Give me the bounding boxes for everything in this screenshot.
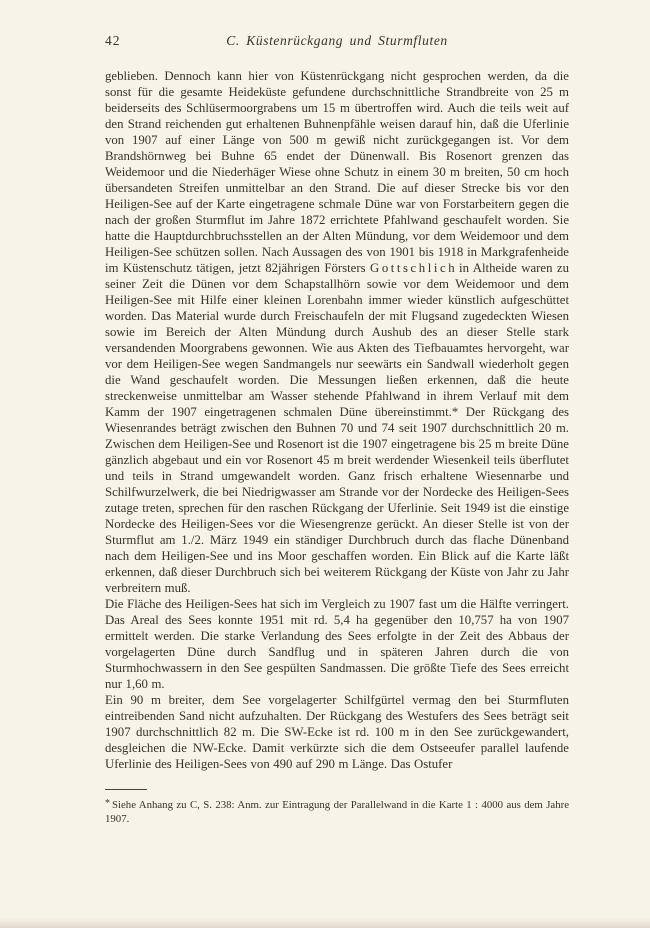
running-head: 42 C. Küstenrückgang und Sturmfluten [105,32,569,50]
footnote-body: Siehe Anhang zu C, S. 238: Anm. zur Eint… [105,799,569,825]
running-title: C. Küstenrückgang und Sturmfluten [105,32,569,50]
book-page: 42 C. Küstenrückgang und Sturmfluten geb… [0,0,650,928]
footnote-divider [105,789,147,790]
body-text: geblieben. Dennoch kann hier von Küstenr… [105,68,569,792]
footnote-text: *Siehe Anhang zu C, S. 238: Anm. zur Ein… [105,797,569,827]
page-number: 42 [105,32,121,50]
paragraph-3: Ein 90 m breiter, dem See vorgelagerter … [105,692,569,772]
footnote: *Siehe Anhang zu C, S. 238: Anm. zur Ein… [105,789,569,827]
page-bottom-shadow [0,918,650,928]
paragraph-2: Die Fläche des Heiligen-Sees hat sich im… [105,596,569,692]
footnote-marker: * [105,798,112,809]
paragraph-1: geblieben. Dennoch kann hier von Küstenr… [105,68,569,596]
text-column: 42 C. Küstenrückgang und Sturmfluten geb… [105,32,569,792]
